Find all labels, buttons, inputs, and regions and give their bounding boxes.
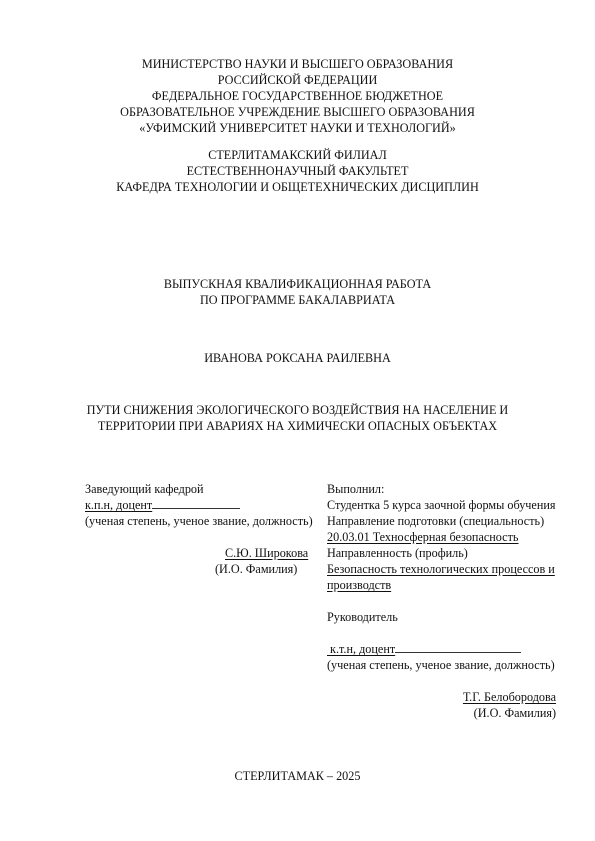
profile-value-continued: производств [327, 577, 567, 593]
work-type: ВЫПУСКНАЯ КВАЛИФИКАЦИОННАЯ РАБОТА ПО ПРО… [0, 276, 595, 308]
signature-blank-line [395, 641, 521, 653]
supervisor-degree-row: к.т.н, доцент [327, 641, 567, 657]
department-line: КАФЕДРА ТЕХНОЛОГИИ И ОБЩЕТЕХНИЧЕСКИХ ДИС… [0, 179, 595, 195]
city-year-footer: СТЕРЛИТАМАК – 2025 [0, 768, 595, 784]
branch-line: СТЕРЛИТАМАКСКИЙ ФИЛИАЛ [0, 147, 595, 163]
direction-label: Направление подготовки (специальность) [327, 513, 567, 529]
direction-value: 20.03.01 Техносферная безопасность [327, 529, 567, 545]
head-of-department-degree: к.п.н, доцент [85, 498, 152, 512]
supervisor-name-caption: (И.О. Фамилия) [327, 705, 556, 721]
head-of-department-name-caption: (И.О. Фамилия) [85, 561, 315, 577]
faculty-line: ЕСТЕСТВЕННОНАУЧНЫЙ ФАКУЛЬТЕТ [0, 163, 595, 179]
head-of-department-block: Заведующий кафедрой к.п.н, доцент (учена… [85, 481, 315, 577]
student-block: Выполнил: Студентка 5 курса заочной форм… [327, 481, 567, 721]
header-line: ФЕДЕРАЛЬНОЕ ГОСУДАРСТВЕННОЕ БЮДЖЕТНОЕ [0, 88, 595, 104]
head-of-department-name-row: С.Ю. Широкова [85, 545, 315, 561]
header-line: «УФИМСКИЙ УНИВЕРСИТЕТ НАУКИ И ТЕХНОЛОГИЙ… [0, 120, 595, 136]
student-description: Студентка 5 курса заочной формы обучения [327, 497, 567, 513]
profile-value: Безопасность технологических процессов и [327, 561, 567, 577]
head-of-department-name: С.Ю. Широкова [225, 546, 308, 560]
supervisor-name-row: Т.Г. Белобородова [327, 689, 556, 705]
supervisor-degree-caption: (ученая степень, ученое звание, должност… [327, 657, 567, 673]
supervisor-name: Т.Г. Белобородова [463, 690, 556, 704]
author-line: ИВАНОВА РОКСАНА РАИЛЕВНА [0, 350, 595, 366]
title-line: ПУТИ СНИЖЕНИЯ ЭКОЛОГИЧЕСКОГО ВОЗДЕЙСТВИЯ… [0, 402, 595, 418]
header-line: РОССИЙСКОЙ ФЕДЕРАЦИИ [0, 72, 595, 88]
thesis-title: ПУТИ СНИЖЕНИЯ ЭКОЛОГИЧЕСКОГО ВОЗДЕЙСТВИЯ… [0, 402, 595, 434]
work-type-line: ВЫПУСКНАЯ КВАЛИФИКАЦИОННАЯ РАБОТА [0, 276, 595, 292]
author-name: ИВАНОВА РОКСАНА РАИЛЕВНА [0, 350, 595, 366]
header-line: МИНИСТЕРСТВО НАУКИ И ВЫСШЕГО ОБРАЗОВАНИЯ [0, 56, 595, 72]
head-of-department-degree-row: к.п.н, доцент [85, 497, 315, 513]
supervisor-degree: к.т.н, доцент [330, 642, 395, 656]
header-line: ОБРАЗОВАТЕЛЬНОЕ УЧРЕЖДЕНИЕ ВЫСШЕГО ОБРАЗ… [0, 104, 595, 120]
work-type-line: ПО ПРОГРАММЕ БАКАЛАВРИАТА [0, 292, 595, 308]
profile-label: Направленность (профиль) [327, 545, 567, 561]
head-of-department-label: Заведующий кафедрой [85, 481, 315, 497]
signature-blank-line [152, 497, 240, 509]
branch-header: СТЕРЛИТАМАКСКИЙ ФИЛИАЛ ЕСТЕСТВЕННОНАУЧНЫ… [0, 147, 595, 195]
supervisor-label: Руководитель [327, 609, 567, 625]
footer-line: СТЕРЛИТАМАК – 2025 [0, 768, 595, 784]
student-label: Выполнил: [327, 481, 567, 497]
head-of-department-degree-caption: (ученая степень, ученое звание, должност… [85, 513, 315, 529]
title-line: ТЕРРИТОРИИ ПРИ АВАРИЯХ НА ХИМИЧЕСКИ ОПАС… [0, 418, 595, 434]
ministry-header: МИНИСТЕРСТВО НАУКИ И ВЫСШЕГО ОБРАЗОВАНИЯ… [0, 56, 595, 136]
